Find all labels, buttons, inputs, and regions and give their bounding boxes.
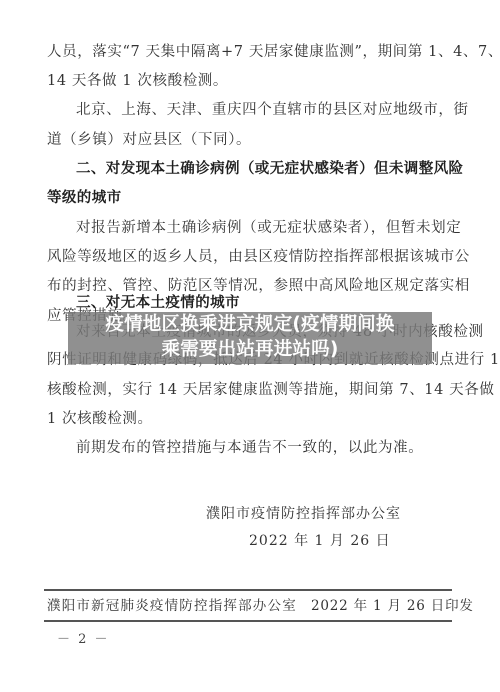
title-overlay-text: 疫情地区换乘进京规定(疫情期间换 乘需要出站再进站吗) [68, 312, 432, 362]
title-line-1: 疫情地区换乘进京规定(疫情期间换 [68, 312, 432, 337]
signature-date: 2022 年 1 月 26 日 [249, 530, 391, 550]
footer-issue-date: 2022 年 1 月 26 日印发 [311, 594, 474, 614]
page-number: － 2 － [57, 628, 110, 647]
section2-body-line: 对报告新增本土确诊病例（或无症状感染者），但暂未划定 [76, 218, 461, 238]
closing-statement: 前期发布的管控措施与本通告不一致的，以此为准。 [76, 438, 423, 458]
footer-issuer: 濮阳市新冠肺炎疫情防控指挥部办公室 [47, 594, 297, 614]
paragraph-line: 北京、上海、天津、重庆四个直辖市的县区对应地级市，街 [76, 100, 469, 120]
title-line-2: 乘需要出站再进站吗) [68, 337, 432, 362]
footer-bottom-rule [44, 620, 452, 622]
paragraph-line: 14 天各做 1 次核酸检测。 [47, 71, 228, 91]
section3-heading: 三、对无本土疫情的城市 [76, 293, 240, 313]
section3-body-line: 核酸检测，实行 14 天居家健康监测等措施，期间第 7、14 天各做 [47, 380, 494, 400]
paragraph-line: 道（乡镇）对应县区（下同）。 [47, 130, 251, 150]
section2-heading: 二、对发现本土确诊病例（或无症状感染者）但未调整风险 [76, 159, 463, 179]
footer-top-rule [44, 589, 452, 591]
section2-body-line: 风险等级地区的返乡人员，由县区疫情防控指挥部根据该城市公 [47, 247, 470, 267]
signature-org: 濮阳市疫情防控指挥部办公室 [206, 503, 401, 523]
section3-body-line: 1 次核酸检测。 [47, 409, 153, 429]
section2-heading-cont: 等级的城市 [47, 188, 122, 208]
paragraph-line: 人员，落实“7 天集中隔离+7 天居家健康监测”，期间第 1、4、7、 [47, 42, 500, 62]
